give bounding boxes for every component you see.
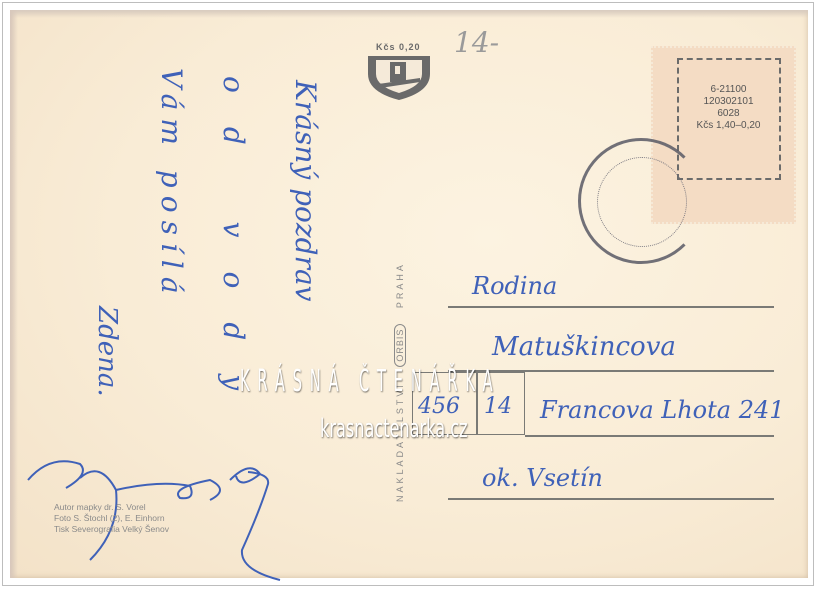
credit-line: Autor mapky dr. S. Vorel <box>54 502 169 513</box>
address-rule <box>448 306 774 308</box>
message-line: Vám posílá <box>155 68 188 302</box>
address-line: Francova Lhota 241 <box>540 396 785 424</box>
watermark-title: KRÁSNÁ ČTENÁŘKA <box>240 364 500 399</box>
postmark-circle-icon <box>578 138 704 264</box>
stamp-line: 6028 <box>663 108 794 120</box>
address-line: ok. Vsetín <box>482 464 603 492</box>
imprinted-stamp-value: Kčs 0,20 <box>376 42 421 52</box>
message-line: Krásný pozdrav <box>289 80 322 301</box>
watermark-url[interactable]: krasnactenarka.cz <box>320 414 468 444</box>
stamp-line: 120302101 <box>663 96 794 108</box>
stamp-text: 6-21100 120302101 6028 Kčs 1,40–0,20 <box>663 84 794 132</box>
address-rule <box>448 498 774 500</box>
stamp-line: 6-21100 <box>663 84 794 96</box>
credit-line: Tisk Severografia Velký Šenov <box>54 524 169 535</box>
credits: Autor mapky dr. S. Vorel Foto S. Štochl … <box>54 502 169 535</box>
postmark-inner-ring <box>597 157 687 247</box>
credit-line: Foto S. Štochl (2), E. Einhorn <box>54 513 169 524</box>
publisher-brand: ORBIS <box>394 324 406 367</box>
address-line: Rodina <box>472 272 557 300</box>
publisher-city: PRAHA <box>395 262 405 308</box>
address-line: Matuškincova <box>492 332 676 362</box>
message-line: Zdena. <box>92 306 122 397</box>
corner-note: 14- <box>454 26 499 59</box>
imprinted-stamp: Kčs 0,20 <box>362 40 436 102</box>
postcard-back: Kčs 0,20 14- 6-21100 120302101 6028 Kčs … <box>10 10 808 578</box>
address-rule <box>525 435 774 437</box>
stamp-line: Kčs 1,40–0,20 <box>663 120 794 132</box>
